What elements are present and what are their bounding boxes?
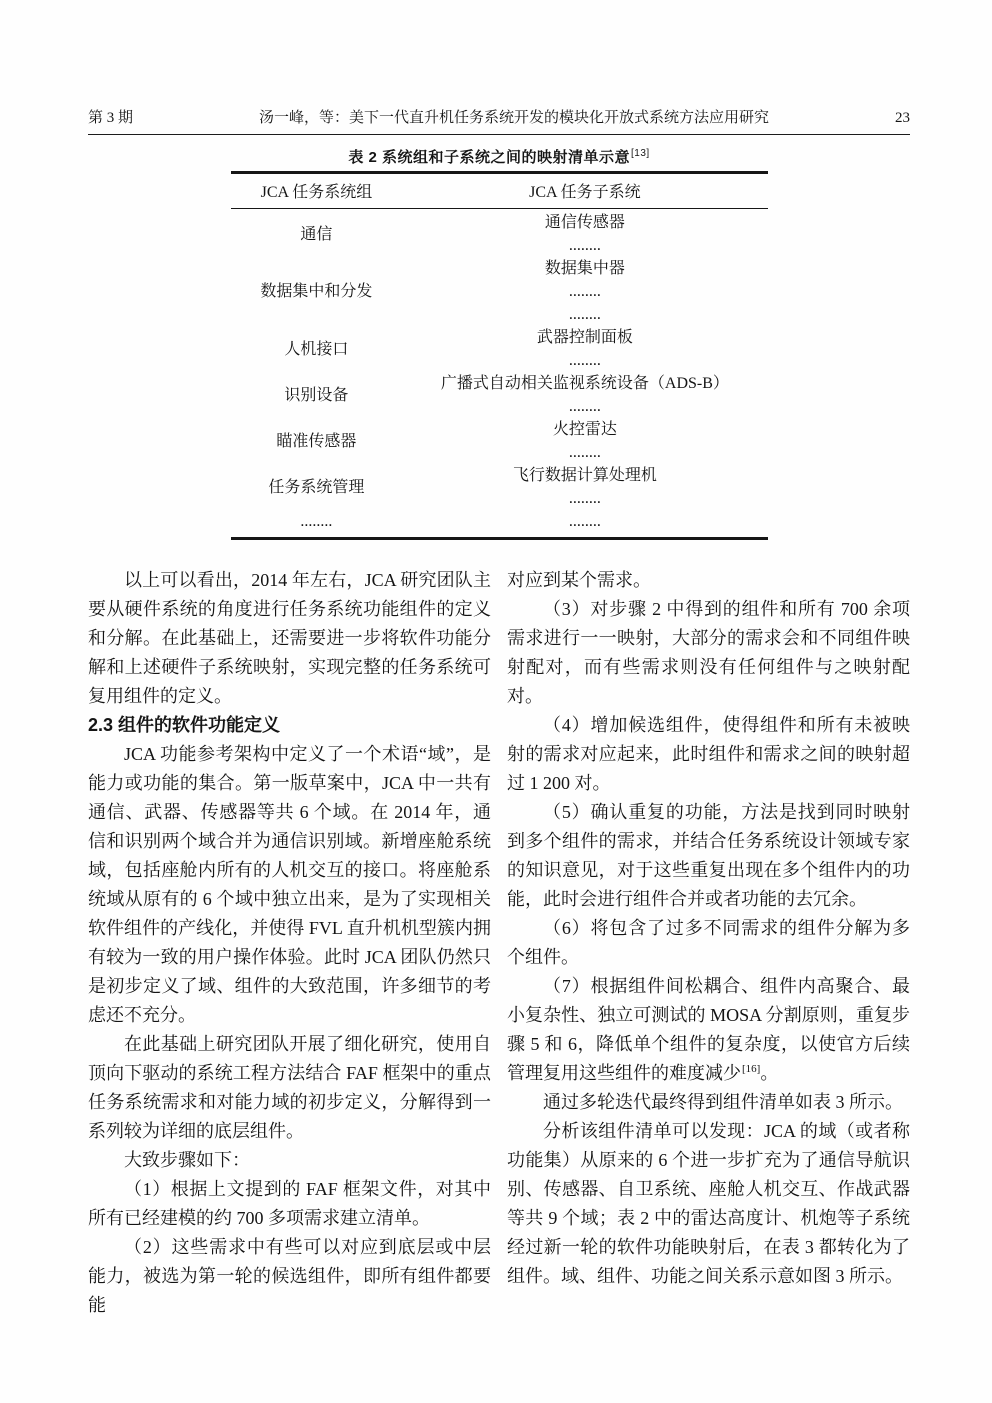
text-columns: 以上可以看出，2014 年左右，JCA 研究团队主要从硬件系统的角度进行任务系统… bbox=[88, 566, 910, 1320]
group-cell: 瞄准传感器 bbox=[231, 418, 403, 464]
group-cell: 通信 bbox=[231, 211, 403, 257]
subsystem-line: 通信传感器 bbox=[402, 211, 767, 234]
reference-16-superscript: [16] bbox=[742, 1063, 760, 1075]
paragraph-steps-label: 大致步骤如下： bbox=[88, 1146, 491, 1175]
paragraph-step2: （2）这些需求中有些可以对应到底层或中层能力，被选为第一轮的候选组件，即所有组件… bbox=[88, 1233, 491, 1320]
table-row: ........ ........ bbox=[231, 510, 768, 533]
table-header-row: JCA 任务系统组 JCA 任务子系统 bbox=[231, 174, 768, 209]
subsystem-line: ........ bbox=[402, 487, 767, 510]
column-header-group: JCA 任务系统组 bbox=[231, 179, 403, 202]
subsystem-cell: 武器控制面板 ........ bbox=[402, 326, 767, 372]
table-caption-text: 表 2 系统组和子系统之间的映射清单示意 bbox=[348, 149, 630, 166]
paragraph-step5: （5）确认重复的功能，方法是找到同时映射到多个组件的需求，并结合任务系统设计领域… bbox=[507, 798, 910, 914]
subsystem-line: 飞行数据计算处理机 bbox=[402, 464, 767, 487]
paper-page: 第 3 期 汤一峰，等：美下一代直升机任务系统开发的模块化开放式系统方法应用研究… bbox=[0, 0, 992, 1403]
table-row: 人机接口 武器控制面板 ........ bbox=[231, 326, 768, 372]
paragraph-intro: 以上可以看出，2014 年左右，JCA 研究团队主要从硬件系统的角度进行任务系统… bbox=[88, 566, 491, 711]
group-cell: 人机接口 bbox=[231, 326, 403, 372]
subsystem-line: 数据集中器 bbox=[402, 257, 767, 280]
paragraph-step4: （4）增加候选组件，使得组件和所有未被映射的需求对应起来，此时组件和需求之间的映… bbox=[507, 711, 910, 798]
paragraph-step7: （7）根据组件间松耦合、组件内高聚合、最小复杂性、独立可测试的 MOSA 分割原… bbox=[507, 972, 910, 1088]
step7-text: （7）根据组件间松耦合、组件内高聚合、最小复杂性、独立可测试的 MOSA 分割原… bbox=[507, 976, 910, 1083]
table-row: 通信 通信传感器 ........ bbox=[231, 211, 768, 257]
paragraph-step2-continuation: 对应到某个需求。 bbox=[507, 566, 910, 595]
table-body: 通信 通信传感器 ........ 数据集中和分发 数据集中器 ........… bbox=[231, 209, 768, 537]
mapping-table: JCA 任务系统组 JCA 任务子系统 通信 通信传感器 ........ 数据… bbox=[231, 171, 768, 540]
paragraph-step1: （1）根据上文提到的 FAF 框架文件，对其中所有已经建模的约 700 多项需求… bbox=[88, 1175, 491, 1233]
group-cell: 任务系统管理 bbox=[231, 464, 403, 510]
subsystem-cell: 通信传感器 ........ bbox=[402, 211, 767, 257]
subsystem-line: ........ bbox=[402, 395, 767, 418]
paragraph-jca-domains: JCA 功能参考架构中定义了一个术语“域”，是能力或功能的集合。第一版草案中，J… bbox=[88, 740, 491, 1030]
subsystem-cell: 数据集中器 ........ ........ bbox=[402, 257, 767, 326]
subsystem-line: ........ bbox=[402, 303, 767, 326]
subsystem-line: ........ bbox=[402, 441, 767, 464]
group-cell: 识别设备 bbox=[231, 372, 403, 418]
table-row: 识别设备 广播式自动相关监视系统设备（ADS-B） ........ bbox=[231, 372, 768, 418]
page-number: 23 bbox=[895, 110, 910, 127]
running-title: 汤一峰，等：美下一代直升机任务系统开发的模块化开放式系统方法应用研究 bbox=[259, 106, 769, 127]
paragraph-iteration-result: 通过多轮迭代最终得到组件清单如表 3 所示。 bbox=[507, 1088, 910, 1117]
paragraph-analysis: 分析该组件清单可以发现：JCA 的域（或者称功能集）从原来的 6 个进一步扩充为… bbox=[507, 1117, 910, 1291]
subsystem-cell: 广播式自动相关监视系统设备（ADS-B） ........ bbox=[402, 372, 767, 418]
subsystem-line: ........ bbox=[402, 349, 767, 372]
subsystem-line: ........ bbox=[402, 234, 767, 257]
table-row: 任务系统管理 飞行数据计算处理机 ........ bbox=[231, 464, 768, 510]
subsystem-line: 武器控制面板 bbox=[402, 326, 767, 349]
paragraph-step6: （6）将包含了过多不同需求的组件分解为多个组件。 bbox=[507, 914, 910, 972]
group-cell: 数据集中和分发 bbox=[231, 257, 403, 326]
table-row: 数据集中和分发 数据集中器 ........ ........ bbox=[231, 257, 768, 326]
subsystem-line: ........ bbox=[402, 280, 767, 303]
paragraph-refinement: 在此基础上研究团队开展了细化研究，使用自顶向下驱动的系统工程方法结合 FAF 框… bbox=[88, 1030, 491, 1146]
table-caption: 表 2 系统组和子系统之间的映射清单示意[13] bbox=[88, 146, 910, 167]
running-header: 第 3 期 汤一峰，等：美下一代直升机任务系统开发的模块化开放式系统方法应用研究… bbox=[88, 0, 910, 135]
right-column: 对应到某个需求。 （3）对步骤 2 中得到的组件和所有 700 余项需求进行一一… bbox=[507, 566, 910, 1320]
paragraph-step3: （3）对步骤 2 中得到的组件和所有 700 余项需求进行一一映射，大部分的需求… bbox=[507, 595, 910, 711]
subsystem-line: ........ bbox=[402, 510, 767, 533]
subsystem-line: 广播式自动相关监视系统设备（ADS-B） bbox=[402, 372, 767, 395]
subsystem-cell: ........ bbox=[402, 510, 767, 533]
table-caption-ref-superscript: [13] bbox=[631, 148, 650, 159]
table-row: 瞄准传感器 火控雷达 ........ bbox=[231, 418, 768, 464]
group-cell: ........ bbox=[231, 510, 403, 533]
step7-tail: 。 bbox=[760, 1063, 778, 1083]
subsystem-line: 火控雷达 bbox=[402, 418, 767, 441]
section-heading-2-3: 2.3 组件的软件功能定义 bbox=[88, 711, 491, 740]
column-header-subsystem: JCA 任务子系统 bbox=[402, 179, 767, 202]
issue-label: 第 3 期 bbox=[88, 106, 133, 127]
subsystem-cell: 火控雷达 ........ bbox=[402, 418, 767, 464]
subsystem-cell: 飞行数据计算处理机 ........ bbox=[402, 464, 767, 510]
left-column: 以上可以看出，2014 年左右，JCA 研究团队主要从硬件系统的角度进行任务系统… bbox=[88, 566, 491, 1320]
